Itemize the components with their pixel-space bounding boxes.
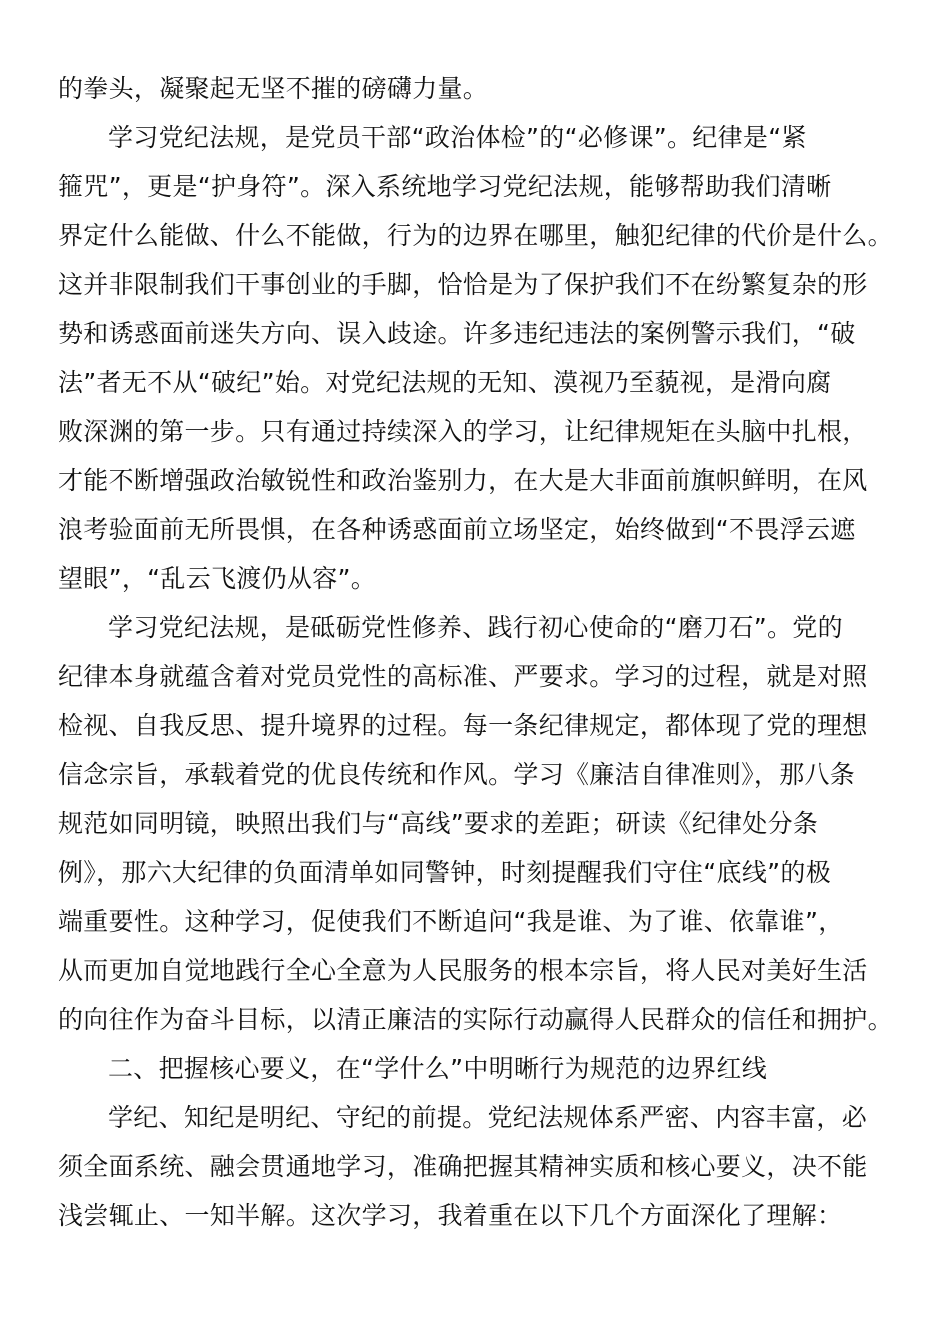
- document-page: 的拳头，凝聚起无坚不摧的磅礴力量。 学习党纪法规，是党员干部“政治体检”的“必修…: [0, 0, 950, 1344]
- text-line: 望眼”，“乱云飞渡仍从容”。: [58, 564, 888, 594]
- text-line: 败深渊的第一步。只有通过持续深入的学习，让纪律规矩在头脑中扎根，: [58, 417, 888, 447]
- paragraph-start-line: 学纪、知纪是明纪、守纪的前提。党纪法规体系严密、内容丰富，必: [108, 1103, 888, 1133]
- text-line: 检视、自我反思、提升境界的过程。每一条纪律规定，都体现了党的理想: [58, 711, 888, 741]
- text-line: 界定什么能做、什么不能做，行为的边界在哪里，触犯纪律的代价是什么。: [58, 221, 888, 251]
- text-line: 浅尝辄止、一知半解。这次学习，我着重在以下几个方面深化了理解：: [58, 1201, 888, 1231]
- text-line: 势和诱惑面前迷失方向、误入歧途。许多违纪违法的案例警示我们，“破: [58, 319, 888, 349]
- text-line: 的拳头，凝聚起无坚不摧的磅礴力量。: [58, 74, 888, 104]
- text-line: 浪考验面前无所畏惧，在各种诱惑面前立场坚定，始终做到“不畏浮云遮: [58, 515, 888, 545]
- text-line: 法”者无不从“破纪”始。对党纪法规的无知、漠视乃至藐视，是滑向腐: [58, 368, 888, 398]
- text-line: 规范如同明镜，映照出我们与“高线”要求的差距；研读《纪律处分条: [58, 809, 888, 839]
- text-line: 箍咒”，更是“护身符”。深入系统地学习党纪法规，能够帮助我们清晰: [58, 172, 888, 202]
- text-line: 这并非限制我们干事创业的手脚，恰恰是为了保护我们不在纷繁复杂的形: [58, 270, 888, 300]
- paragraph-start-line: 学习党纪法规，是党员干部“政治体检”的“必修课”。纪律是“紧: [108, 123, 888, 153]
- section-heading: 二、把握核心要义，在“学什么”中明晰行为规范的边界红线: [108, 1054, 888, 1084]
- text-line: 信念宗旨，承载着党的优良传统和作风。学习《廉洁自律准则》，那八条: [58, 760, 888, 790]
- text-line: 须全面系统、融会贯通地学习，准确把握其精神实质和核心要义，决不能: [58, 1152, 888, 1182]
- text-line: 从而更加自觉地践行全心全意为人民服务的根本宗旨，将人民对美好生活: [58, 956, 888, 986]
- paragraph-start-line: 学习党纪法规，是砥砺党性修养、践行初心使命的“磨刀石”。党的: [108, 613, 888, 643]
- text-line: 才能不断增强政治敏锐性和政治鉴别力，在大是大非面前旗帜鲜明，在风: [58, 466, 888, 496]
- text-line: 的向往作为奋斗目标，以清正廉洁的实际行动赢得人民群众的信任和拥护。: [58, 1005, 888, 1035]
- text-line: 例》，那六大纪律的负面清单如同警钟，时刻提醒我们守住“底线”的极: [58, 858, 888, 888]
- text-line: 端重要性。这种学习，促使我们不断追问“我是谁、为了谁、依靠谁”，: [58, 907, 888, 937]
- text-line: 纪律本身就蕴含着对党员党性的高标准、严要求。学习的过程，就是对照: [58, 662, 888, 692]
